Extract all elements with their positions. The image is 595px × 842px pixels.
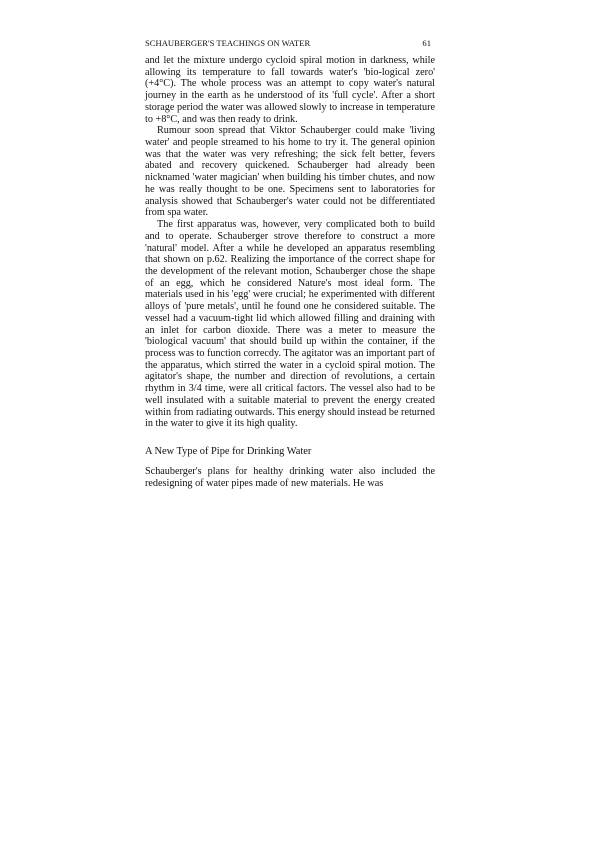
running-title: SCHAUBERGER'S TEACHINGS ON WATER	[145, 36, 310, 50]
paragraph-continued: and let the mixture undergo cycloid spir…	[145, 55, 435, 125]
section-heading: A New Type of Pipe for Drinking Water	[145, 446, 435, 458]
body-text: and let the mixture undergo cycloid spir…	[145, 55, 435, 489]
running-head: SCHAUBERGER'S TEACHINGS ON WATER 61	[145, 36, 435, 50]
page-number: 61	[422, 36, 435, 50]
book-page: SCHAUBERGER'S TEACHINGS ON WATER 61 and …	[145, 36, 435, 489]
paragraph: Rumour soon spread that Viktor Schauberg…	[145, 125, 435, 219]
paragraph: Schauberger's plans for healthy drinking…	[145, 466, 435, 489]
paragraph: The first apparatus was, however, very c…	[145, 219, 435, 430]
